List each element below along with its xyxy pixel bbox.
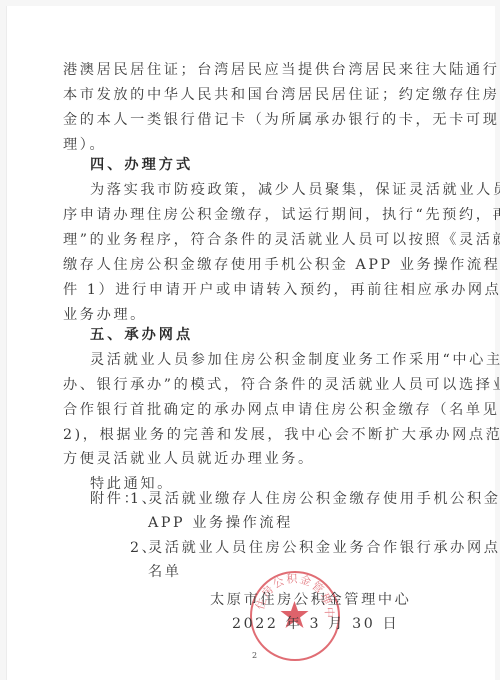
signature-date: 2022 年 3 月 30 日 <box>232 613 399 633</box>
section-5-line-4: 2)，根据业务的完善和发展，我中心会不断扩大承办网点范围， <box>63 426 500 444</box>
section-4-line-4: 缴存人住房公积金缴存使用手机公积金 APP 业务操作流程》(附 <box>63 256 500 274</box>
section-4-line-6: 业务办理。 <box>63 306 147 324</box>
body-line-1: 港澳居民居住证；台湾居民应当提供台湾居民来往大陆通行证和 <box>63 61 500 79</box>
section-5-line-2: 办、银行承办”的模式，符合条件的灵活就业人员可以选择业务 <box>63 376 500 394</box>
page-number: 2 <box>252 651 257 660</box>
section-4-line-5: 件 1）进行申请开户或申请转入预约，再前往相应承办网点进行 <box>63 281 500 299</box>
body-line-4: 理）。 <box>63 136 106 154</box>
section-5-line-1: 灵活就业人员参加住房公积金制度业务工作采用“中心主 <box>90 351 500 369</box>
attachment-2-title: 灵活就业人员住房公积金业务合作银行承办网点 <box>148 539 500 557</box>
body-line-3: 金的本人一类银行借记卡（为所属承办银行的卡，无卡可现场办 <box>63 111 500 129</box>
body-line-2: 本市发放的中华人民共和国台湾居民居住证；约定缴存住房公积 <box>63 86 500 104</box>
section-4-line-2: 序申请办理住房公积金缴存，试运行期间，执行“先预约，再办 <box>63 206 500 224</box>
signature-org: 太原市住房公积金管理中心 <box>210 589 411 609</box>
section-4-line-1: 为落实我市防疫政策，减少人员聚集，保证灵活就业人员有 <box>90 181 500 199</box>
section-5-line-5: 方便灵活就业人员就近办理业务。 <box>63 450 315 468</box>
section-5-line-3: 合作银行首批确定的承办网点申请住房公积金缴存（名单见附件 <box>63 401 500 419</box>
section-5-heading: 五、承办网点 <box>90 326 193 344</box>
section-4-line-3: 理”的业务程序，符合条件的灵活就业人员可以按照《灵活就业 <box>63 231 500 249</box>
attachment-1-title: 灵活就业缴存人住房公积金缴存使用手机公积金 <box>148 490 500 508</box>
attachment-1-title-cont: APP 业务操作流程 <box>148 514 293 532</box>
section-4-heading: 四、办理方式 <box>90 156 193 174</box>
attachment-2-title-cont: 名单 <box>148 563 182 581</box>
document-page: 港澳居民居住证；台湾居民应当提供台湾居民来往大陆通行证和 本市发放的中华人民共和… <box>6 6 495 680</box>
